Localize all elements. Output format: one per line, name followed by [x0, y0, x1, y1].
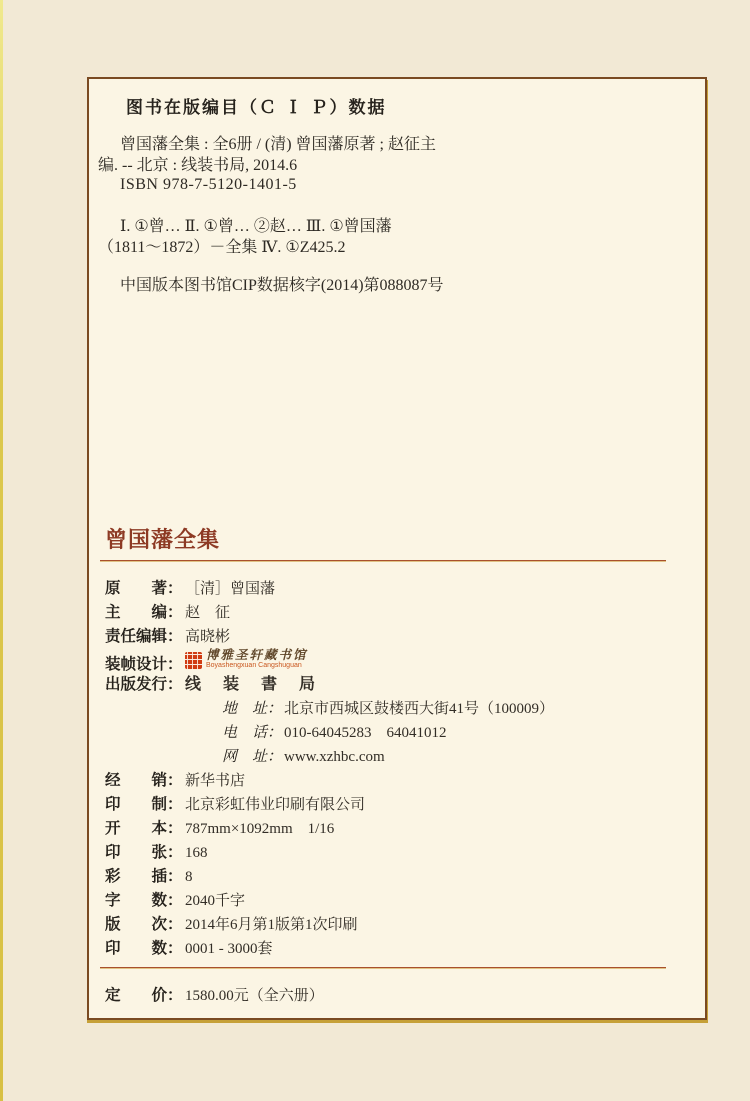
isbn-number: ISBN 978-7-5120-1401-5 — [120, 176, 297, 194]
copyright-page-frame: 图书在版编目（Ｃ Ｉ Ｐ）数据 曾国藩全集 : 全6册 / (清) 曾国藩原著 … — [87, 77, 707, 1020]
row-word-count: 字 数： 2040千字 — [105, 889, 685, 913]
design-studio-credit: 博雅圣轩藏书馆 Boyashengxuan Cangshuguan — [185, 649, 308, 673]
cip-header: 图书在版编目（Ｃ Ｉ Ｐ）数据 — [126, 93, 386, 118]
price-value: 1580.00元（全六册） — [185, 984, 324, 1008]
row-label: 版 次： — [105, 913, 185, 937]
publisher-name: 线 装 書 局 — [185, 673, 324, 697]
cip-description: 曾国藩全集 : 全6册 / (清) 曾国藩原著 ; 赵征主 编. -- 北京 :… — [98, 134, 578, 176]
row-label: 出版发行： — [105, 673, 185, 697]
row-label: 开 本： — [105, 817, 185, 841]
row-label: 印 数： — [105, 937, 185, 961]
row-label: 电 话： — [222, 721, 284, 745]
row-price: 定 价： 1580.00元（全六册） — [105, 984, 324, 1008]
price-divider-rule — [100, 967, 666, 969]
row-value: 2040千字 — [185, 889, 245, 913]
scan-page-edge — [0, 0, 3, 1101]
cip-classification-line2: （1811～1872）－全集 Ⅳ. ①Z425.2 — [98, 237, 578, 258]
row-edition: 版 次： 2014年6月第1版第1次印刷 — [105, 913, 685, 937]
design-studio-name-cn: 博雅圣轩藏书馆 — [206, 649, 308, 662]
row-original-author: 原 著： ［清］曾国藩 — [105, 577, 685, 601]
row-value: 北京彩虹伟业印刷有限公司 — [185, 793, 365, 817]
row-value: 赵 征 — [185, 601, 230, 625]
scanned-copyright-page: { "page": { "background_color": "#f2e9d5… — [0, 0, 750, 1101]
row-label: 字 数： — [105, 889, 185, 913]
row-label: 原 著： — [105, 577, 185, 601]
design-studio-seal-icon — [185, 652, 202, 669]
row-value: ［清］曾国藩 — [185, 577, 275, 601]
row-value: 2014年6月第1版第1次印刷 — [185, 913, 358, 937]
row-label: 印 张： — [105, 841, 185, 865]
row-value: 0001 - 3000套 — [185, 937, 273, 961]
row-website: 网 址： www.xzhbc.com — [105, 745, 685, 769]
row-print-run: 印 数： 0001 - 3000套 — [105, 937, 685, 961]
row-label: 地 址： — [222, 697, 284, 721]
row-label: 责任编辑： — [105, 625, 185, 649]
row-format: 开 本： 787mm×1092mm 1/16 — [105, 817, 685, 841]
cip-record-number: 中国版本图书馆CIP数据核字(2014)第088087号 — [120, 272, 444, 295]
row-publisher: 出版发行： 线 装 書 局 — [105, 673, 685, 697]
website-url: www.xzhbc.com — [284, 745, 385, 769]
row-binding-design: 装帧设计： 博雅圣轩藏书馆 Boyashengxuan Cangshuguan — [105, 649, 685, 673]
cip-classification-line1: Ⅰ. ①曾… Ⅱ. ①曾… ②赵… Ⅲ. ①曾国藩 — [98, 216, 578, 237]
row-value: 010-64045283 64041012 — [284, 721, 447, 745]
title-divider-rule — [100, 560, 666, 562]
book-title: 曾国藩全集 — [105, 523, 220, 554]
cip-description-line1: 曾国藩全集 : 全6册 / (清) 曾国藩原著 ; 赵征主 — [98, 134, 578, 155]
row-label: 彩 插： — [105, 865, 185, 889]
design-studio-name: 博雅圣轩藏书馆 Boyashengxuan Cangshuguan — [206, 649, 308, 670]
row-address: 地 址： 北京市西城区鼓楼西大街41号（100009） — [105, 697, 685, 721]
row-label: 印 制： — [105, 793, 185, 817]
row-value: 787mm×1092mm 1/16 — [185, 817, 334, 841]
row-responsible-editor: 责任编辑： 高晓彬 — [105, 625, 685, 649]
row-distributor: 经 销： 新华书店 — [105, 769, 685, 793]
cip-description-line2: 编. -- 北京 : 线装书局, 2014.6 — [98, 155, 578, 176]
design-studio-name-latin: Boyashengxuan Cangshuguan — [206, 662, 308, 670]
row-label: 网 址： — [222, 745, 284, 769]
row-label: 定 价： — [105, 984, 185, 1008]
row-telephone: 电 话： 010-64045283 64041012 — [105, 721, 685, 745]
colophon-rows: 原 著： ［清］曾国藩 主 编： 赵 征 责任编辑： 高晓彬 装帧设计： 博雅圣… — [105, 577, 685, 961]
row-value: 8 — [185, 865, 193, 889]
row-value: 新华书店 — [185, 769, 245, 793]
row-color-inserts: 彩 插： 8 — [105, 865, 685, 889]
row-label: 主 编： — [105, 601, 185, 625]
row-label: 经 销： — [105, 769, 185, 793]
cip-classification: Ⅰ. ①曾… Ⅱ. ①曾… ②赵… Ⅲ. ①曾国藩 （1811～1872）－全集… — [98, 216, 578, 258]
row-chief-editor: 主 编： 赵 征 — [105, 601, 685, 625]
row-printer: 印 制： 北京彩虹伟业印刷有限公司 — [105, 793, 685, 817]
row-value: 168 — [185, 841, 208, 865]
row-value: 高晓彬 — [185, 625, 230, 649]
row-value: 北京市西城区鼓楼西大街41号（100009） — [284, 697, 554, 721]
row-printed-sheets: 印 张： 168 — [105, 841, 685, 865]
